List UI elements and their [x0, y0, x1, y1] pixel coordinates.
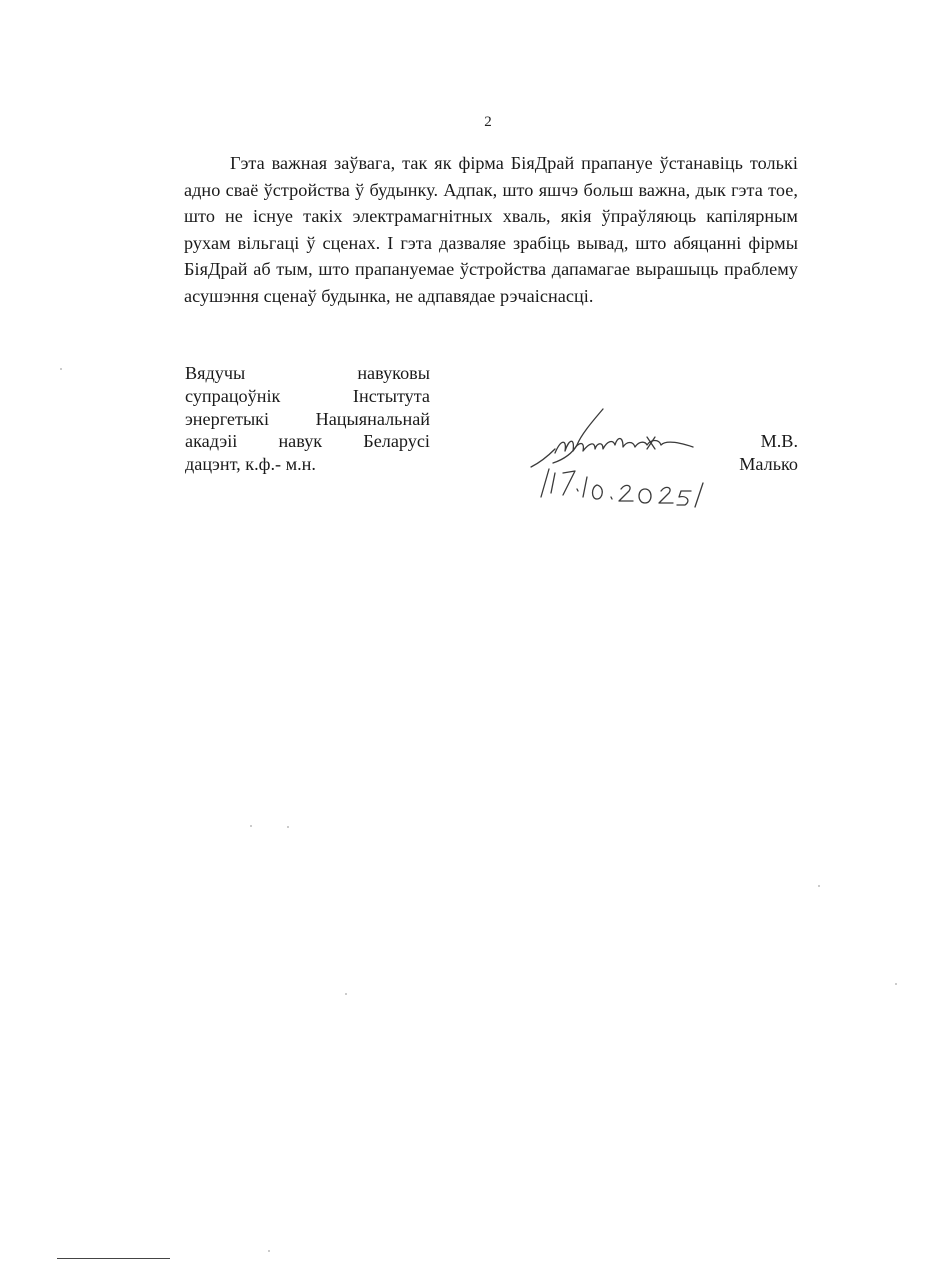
signer-position: ВядучынавуковысупрацоўнікІнстытутаэнерге…: [185, 362, 430, 476]
signer-position-line: дацэнт, к.ф.- м.н.: [185, 453, 430, 476]
scan-speck: [287, 826, 289, 828]
main-paragraph: Гэта важная заўвага, так як фірма БіяДра…: [184, 150, 798, 310]
signer-position-word: Нацыянальнай: [316, 408, 430, 431]
signer-position-word: Беларусі: [363, 430, 430, 453]
signer-position-word: дацэнт, к.ф.- м.н.: [185, 453, 316, 476]
signer-position-line: Вядучынавуковы: [185, 362, 430, 385]
scan-speck: [268, 1250, 270, 1252]
scan-speck: [895, 983, 897, 985]
body-text: Гэта важная заўвага, так як фірма БіяДра…: [184, 150, 798, 310]
scan-speck: [818, 885, 820, 887]
signer-position-word: энергетыкі: [185, 408, 269, 431]
footnote-rule: [57, 1258, 170, 1259]
signer-position-line: супрацоўнікІнстытута: [185, 385, 430, 408]
signer-position-word: акадэіі: [185, 430, 237, 453]
signer-initials: М.В.: [724, 430, 798, 453]
signer-position-line: акадэіінавукБеларусі: [185, 430, 430, 453]
handwritten-signature: [525, 405, 735, 510]
signer-position-word: Інстытута: [353, 385, 430, 408]
signer-position-word: Вядучы: [185, 362, 245, 385]
scan-speck: [250, 825, 252, 827]
signer-name: М.В. Малько: [724, 430, 798, 476]
signer-position-line: энергетыкіНацыянальнай: [185, 408, 430, 431]
scan-speck: [60, 368, 62, 370]
signer-position-word: навуковы: [357, 362, 430, 385]
page-number: 2: [0, 114, 928, 131]
signer-position-word: супрацоўнік: [185, 385, 280, 408]
signer-position-word: навук: [278, 430, 322, 453]
signer-surname: Малько: [724, 453, 798, 476]
scan-speck: [345, 993, 347, 995]
